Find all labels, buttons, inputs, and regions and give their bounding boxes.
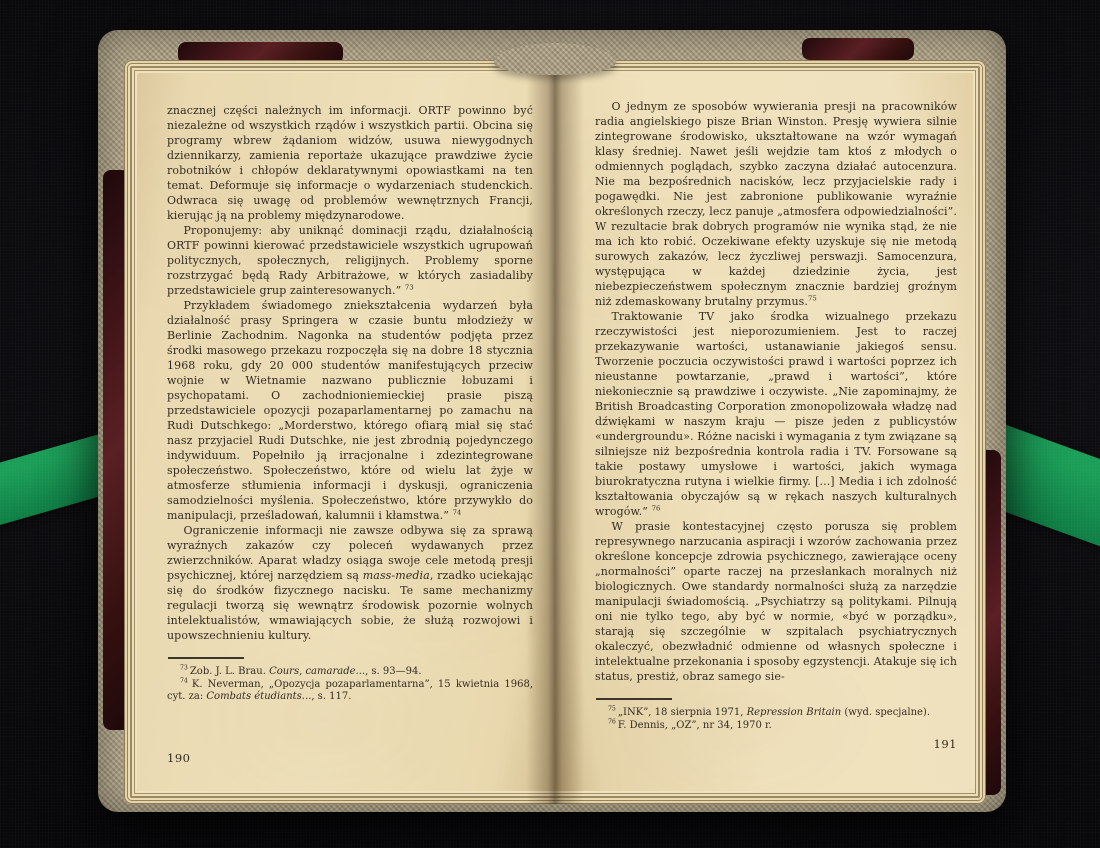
text-segment: O jednym ze sposobów wywierania presji n…: [595, 100, 957, 308]
footnote-marker: 75: [808, 294, 817, 302]
right-footnote-area: 75 „INK”, 18 sierpnia 1971, Repression B…: [595, 698, 957, 732]
body-paragraph: znacznej części należnych im informacji.…: [167, 103, 533, 223]
text-segment: „INK”, 18 sierpnia 1971,: [618, 707, 747, 718]
footnote: 76 F. Dennis, „OZ”, nr 34, 1970 r.: [595, 720, 957, 733]
text-segment: Repression Britain: [747, 707, 842, 718]
footnote-marker: 74: [180, 677, 192, 684]
text-segment: , s. 117.: [311, 691, 351, 702]
footnote-rule: [168, 657, 244, 659]
text-segment: Combats étudiants...: [206, 691, 311, 702]
text-segment: znacznej części należnych im informacji.…: [167, 104, 533, 222]
footnote-marker: 75: [608, 706, 618, 713]
page-number-left: 190: [167, 751, 533, 765]
book-cover-leather-top-right: [802, 38, 914, 60]
text-segment: mass-media: [363, 569, 430, 582]
footnote: 74 K. Neverman, „Opozycja pozaparlamenta…: [167, 679, 533, 704]
text-segment: Zob. J. L. Brau.: [190, 666, 269, 677]
text-segment: W prasie kontestacyjnej często porusza s…: [595, 520, 957, 683]
footnote-rule: [596, 698, 672, 700]
text-segment: Traktowanie TV jako środka wizualnego pr…: [595, 310, 957, 518]
text-segment: Przykładem świadomego zniekształcenia wy…: [167, 299, 533, 522]
left-page: znacznej części należnych im informacji.…: [137, 73, 555, 791]
footnote-marker: 74: [453, 508, 462, 516]
body-paragraph: Proponujemy: aby uniknąć dominacji rządu…: [167, 223, 533, 298]
right-page-body: O jednym ze sposobów wywierania presji n…: [595, 99, 957, 684]
left-page-body: znacznej części należnych im informacji.…: [167, 103, 533, 643]
left-page-content: znacznej części należnych im informacji.…: [137, 73, 555, 791]
body-paragraph: Traktowanie TV jako środka wizualnego pr…: [595, 309, 957, 519]
body-paragraph: W prasie kontestacyjnej często porusza s…: [595, 519, 957, 684]
right-page: O jednym ze sposobów wywierania presji n…: [555, 73, 973, 791]
text-segment: F. Dennis, „OZ”, nr 34, 1970 r.: [618, 720, 772, 731]
right-footnotes: 75 „INK”, 18 sierpnia 1971, Repression B…: [595, 707, 957, 732]
footnote-marker: 76: [608, 718, 618, 725]
footnote-marker: 73: [180, 665, 190, 672]
right-page-content: O jednym ze sposobów wywierania presji n…: [555, 73, 973, 791]
footnote-marker: 76: [652, 504, 661, 512]
body-paragraph: Ograniczenie informacji nie zawsze odbyw…: [167, 523, 533, 643]
text-segment: , s. 93—94.: [365, 666, 421, 677]
footnote: 75 „INK”, 18 sierpnia 1971, Repression B…: [595, 707, 957, 720]
text-segment: Cours, camarade...: [269, 666, 365, 677]
left-footnotes: 73 Zob. J. L. Brau. Cours, camarade..., …: [167, 666, 533, 704]
spine-headband: [494, 43, 616, 75]
body-paragraph: Przykładem świadomego zniekształcenia wy…: [167, 298, 533, 523]
open-book: znacznej części należnych im informacji.…: [98, 30, 1006, 812]
footnote-marker: 73: [405, 283, 414, 291]
page-stack-edges: znacznej części należnych im informacji.…: [124, 60, 986, 804]
photo-scene: znacznej części należnych im informacji.…: [0, 0, 1100, 848]
footnote: 73 Zob. J. L. Brau. Cours, camarade..., …: [167, 666, 533, 679]
text-segment: Proponujemy: aby uniknąć dominacji rządu…: [167, 224, 533, 297]
text-segment: (wyd. specjalne).: [841, 707, 930, 718]
open-pages: znacznej części należnych im informacji.…: [137, 73, 973, 791]
page-number-right: 191: [595, 737, 957, 751]
left-footnote-area: 73 Zob. J. L. Brau. Cours, camarade..., …: [167, 657, 533, 704]
body-paragraph: O jednym ze sposobów wywierania presji n…: [595, 99, 957, 309]
